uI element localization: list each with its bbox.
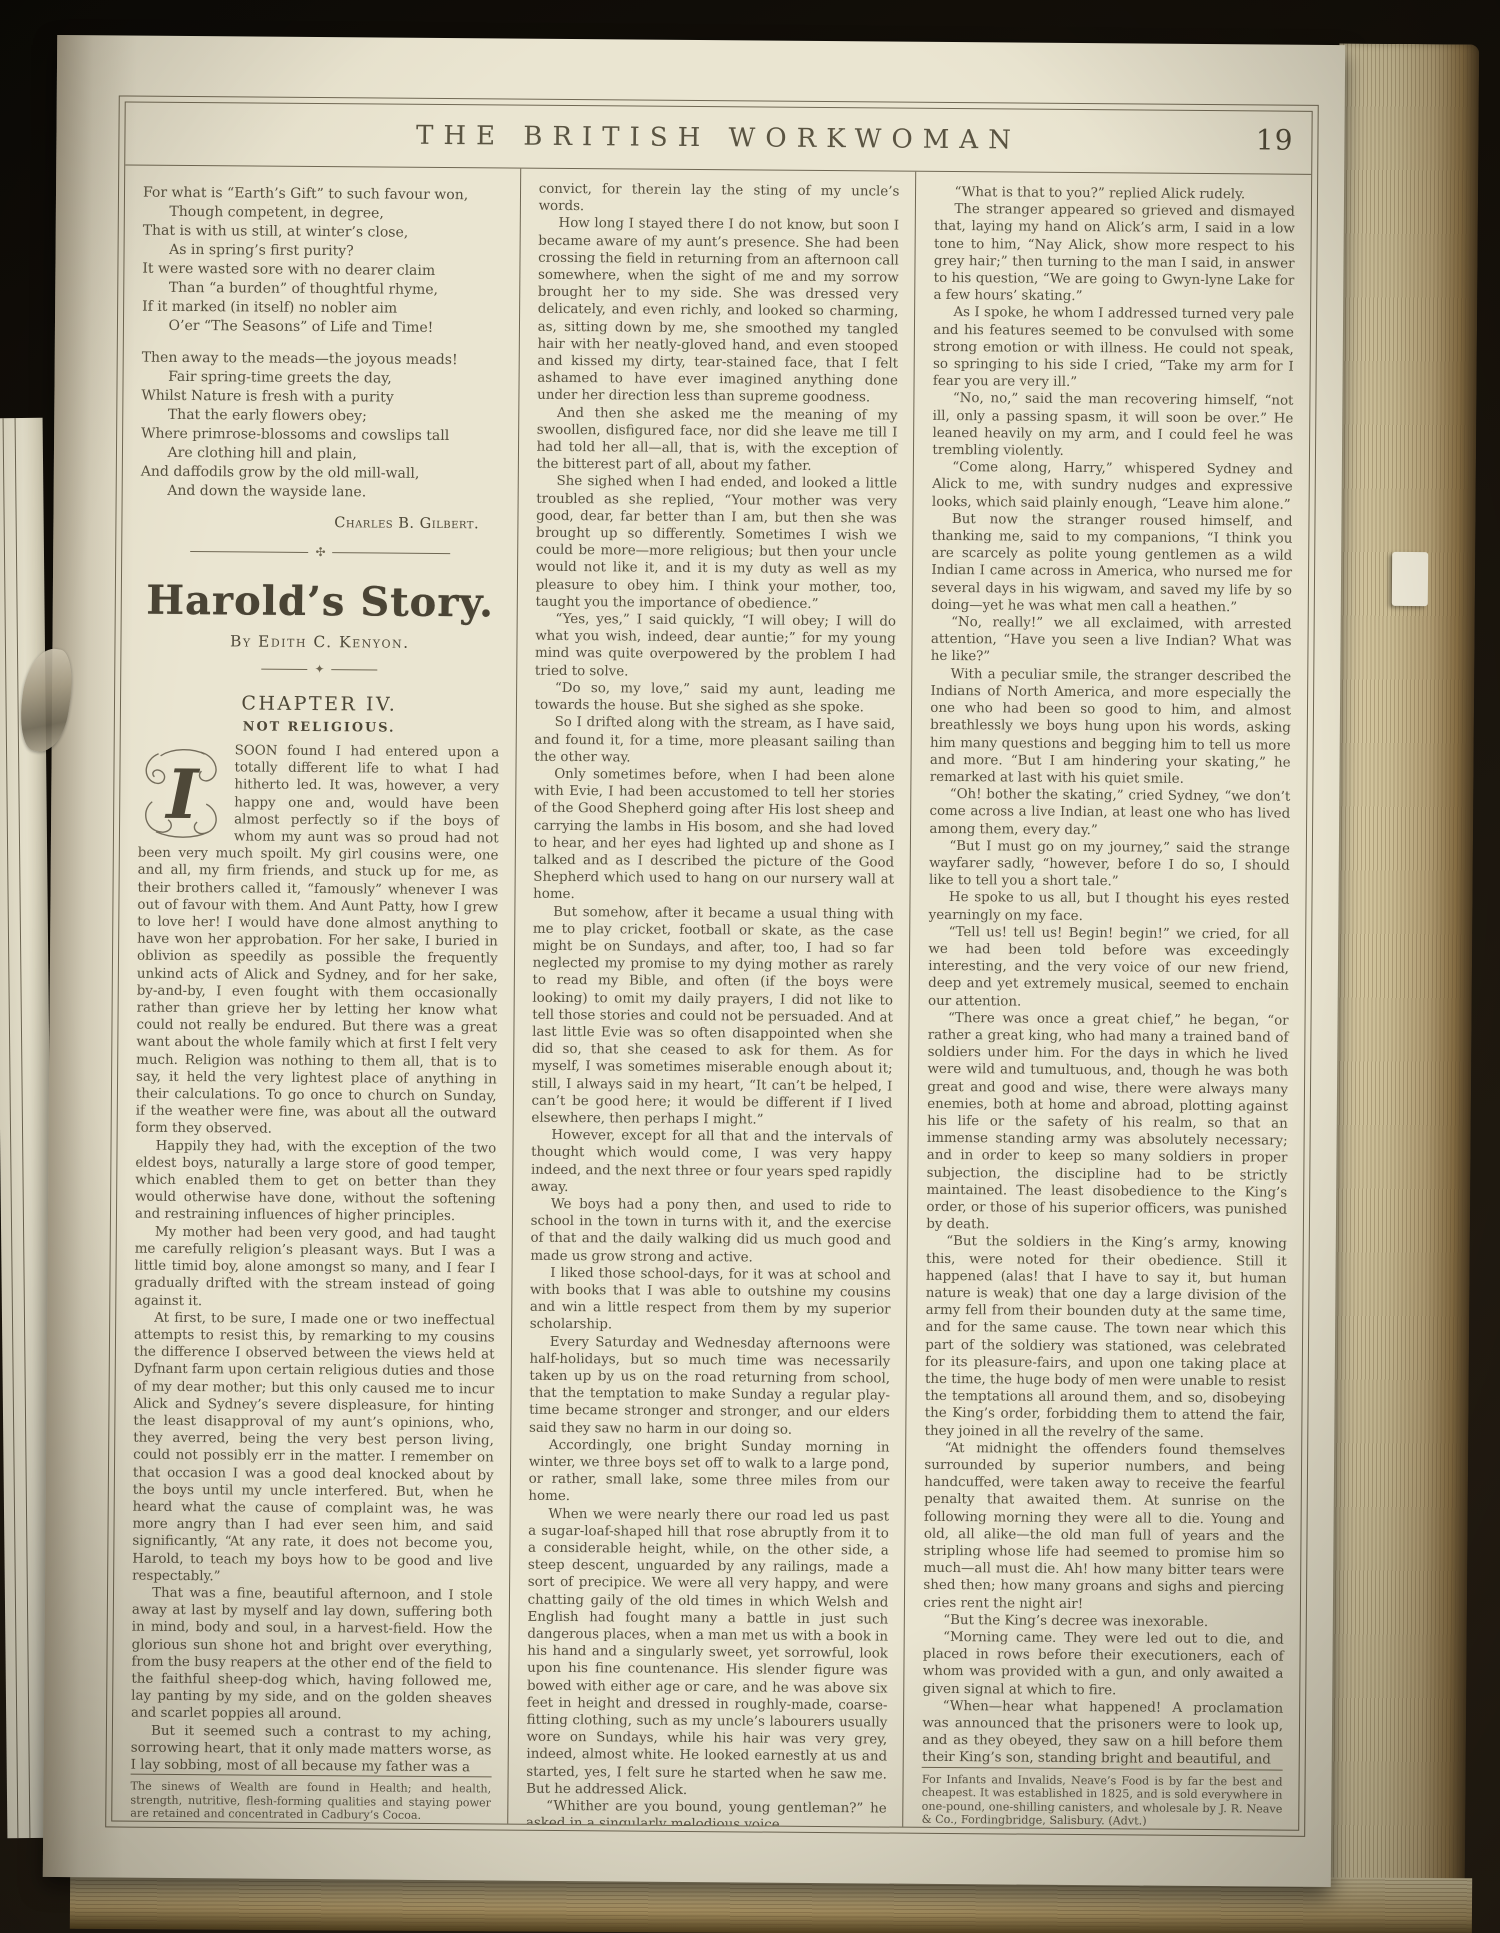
divider-line (190, 551, 308, 553)
story-paragraph: “When—hear what happened! A proclamation… (922, 1698, 1283, 1770)
column-right: “What is that to you?” replied Alick rud… (903, 172, 1312, 1830)
story-paragraph: “No, really!” we all exclaimed, with arr… (931, 614, 1292, 668)
story-byline: By Edith C. Kenyon. (139, 632, 500, 653)
story-paragraph: “At midnight the offenders found themsel… (923, 1440, 1285, 1615)
section-divider: ✣ (140, 545, 501, 560)
story-paragraph: How long I stayed there I do not know, b… (537, 215, 899, 407)
story-paragraph: “Do so, my love,” said my aunt, leading … (535, 680, 896, 717)
story-paragraph: He spoke to us all, but I thought his ey… (929, 889, 1290, 926)
column-left: For what is “Earth’s Gift” to such favou… (112, 166, 520, 1824)
story-paragraph: “Yes, yes,” I said quickly, “I will obey… (535, 611, 896, 683)
story-paragraph: “But I must go on my journey,” said the … (929, 838, 1290, 892)
masthead: THE BRITISH WORKWOMAN 19 (125, 103, 1311, 175)
divider-ornament-icon: ✦ (315, 663, 325, 675)
page-number: 19 (1256, 123, 1294, 156)
divider-line (333, 552, 451, 554)
poem-stanza: Then away to the meads—the joyous meads!… (141, 349, 503, 504)
chapter-heading: CHAPTER IV. (139, 692, 500, 717)
story-paragraph: As I spoke, he whom I addressed turned v… (933, 304, 1294, 393)
story-paragraph: But now the stranger roused himself, and… (931, 511, 1292, 617)
footnote-paragraph: For Infants and Invalids, Neave’s Food i… (922, 1773, 1283, 1830)
paragraph-list: convict, for therein lay the sting of my… (526, 181, 900, 1827)
story-paragraph: At first, to be sure, I made one or two … (132, 1309, 495, 1587)
story-paragraph: “Come along, Harry,” whispered Sydney an… (932, 459, 1293, 513)
poem-line: O’er “The Seasons” of Life and Time! (142, 317, 503, 339)
poem: For what is “Earth’s Gift” to such favou… (140, 184, 503, 533)
magazine-page: THE BRITISH WORKWOMAN 19 For what is “Ea… (43, 35, 1345, 1887)
story-paragraph: But somehow, after it became a usual thi… (531, 903, 893, 1129)
poem-author: Charles B. Gilbert. (140, 514, 479, 533)
book-photo: THE BRITISH WORKWOMAN 19 For what is “Ea… (0, 0, 1500, 1933)
poem-line: And down the wayside lane. (141, 482, 502, 504)
story-paragraph: “But the soldiers in the King’s army, kn… (925, 1233, 1287, 1442)
advert-footnote-neave: For Infants and Invalids, Neave’s Food i… (922, 1767, 1283, 1830)
story-paragraph: And then she asked me the meaning of my … (536, 404, 897, 476)
story-paragraph: The stranger appeared so grieved and dis… (934, 201, 1295, 307)
story-paragraph: “No, no,” said the man recovering himsel… (932, 390, 1293, 462)
story-paragraph: However, except for all that and the int… (531, 1127, 892, 1199)
story-paragraph: convict, for therein lay the sting of my… (539, 181, 900, 218)
dropcap-initial: I (138, 744, 227, 841)
chapter-subheading: NOT RELIGIOUS. (139, 719, 500, 737)
story-paragraph: Every Saturday and Wednesday afternoons … (529, 1333, 890, 1439)
advert-footnote-cadbury: The sinews of Wealth are found in Health… (130, 1774, 491, 1824)
story-paragraph: That was a fine, beautiful afternoon, an… (131, 1585, 493, 1725)
story-paragraph-dropcap: I SOON found I had entered upon a totall… (136, 742, 500, 1140)
footnote-paragraph: The sinews of Wealth are found in Health… (130, 1780, 491, 1824)
divider-line (332, 669, 378, 670)
bookmark-tab (1392, 552, 1428, 606)
divider-line (262, 668, 308, 669)
story-title: Harold’s Story. (140, 577, 501, 627)
story-paragraph: “Oh! bother the skating,” cried Sydney, … (929, 786, 1290, 840)
page-title: THE BRITISH WORKWOMAN (125, 119, 1311, 158)
story-paragraph: Accordingly, one bright Sunday morning i… (528, 1437, 889, 1509)
section-divider: ✦ (139, 662, 500, 677)
page-border-frame: THE BRITISH WORKWOMAN 19 For what is “Ea… (105, 95, 1319, 1836)
paragraph-list: “What is that to you?” replied Alick rud… (922, 184, 1295, 1769)
story-paragraph: “There was once a great chief,” he began… (926, 1010, 1288, 1236)
story-paragraph: I liked those school-days, for it was at… (530, 1265, 891, 1337)
page-stack-right (1325, 43, 1479, 1888)
story-paragraph: So I drifted along with the stream, as I… (534, 714, 895, 768)
story-paragraph: “Tell us! tell us! Begin! begin!” we cri… (928, 924, 1289, 1013)
story-paragraph: “Morning came. They were led out to die,… (923, 1629, 1284, 1701)
story-paragraph: “Whither are you bound, young gentleman?… (526, 1798, 887, 1827)
poem-stanza: For what is “Earth’s Gift” to such favou… (142, 184, 504, 339)
svg-text:I: I (164, 755, 201, 835)
paragraph-list: Happily they had, with the exception of … (131, 1137, 497, 1776)
story-paragraph: My mother had been very good, and had ta… (134, 1223, 495, 1312)
divider-ornament-icon: ✣ (315, 546, 325, 558)
column-middle: convict, for therein lay the sting of my… (507, 169, 916, 1827)
story-paragraph: Happily they had, with the exception of … (135, 1137, 496, 1226)
story-paragraph: She sighed when I had ended, and looked … (535, 473, 897, 613)
story-paragraph: But it seemed such a contrast to my achi… (131, 1722, 492, 1776)
story-paragraph: With a peculiar smile, the stranger desc… (930, 666, 1292, 789)
text-columns: For what is “Earth’s Gift” to such favou… (112, 166, 1311, 1830)
story-paragraph: We boys had a pony then, and used to rid… (530, 1196, 891, 1268)
story-paragraph: When we were nearly there our road led u… (526, 1505, 889, 1800)
story-paragraph: Only sometimes before, when I had been a… (533, 766, 895, 906)
